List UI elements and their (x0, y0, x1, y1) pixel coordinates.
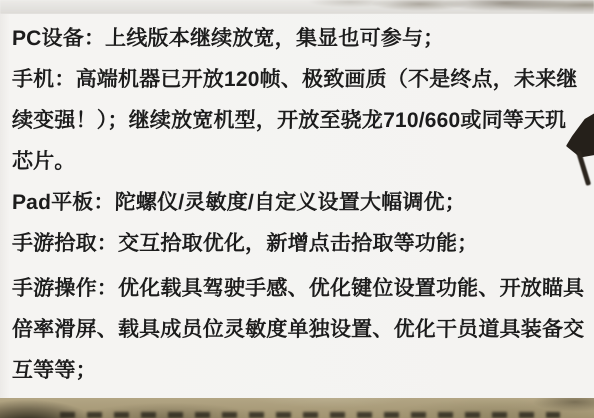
card-line-pc: PC设备：上线版本继续放宽，集显也可参与； (12, 16, 594, 57)
card-line-controls-2: 倍率滑屏、载具成员位灵敏度单独设置、优化干员道具装备交 (12, 307, 594, 348)
announcement-card: PC设备：上线版本继续放宽，集显也可参与； 手机：高端机器已开放120帧、极致画… (0, 14, 594, 398)
card-line-pad: Pad平板：陀螺仪/灵敏度/自定义设置大幅调优； (12, 180, 594, 221)
card-line-controls-3: 互等等； (12, 348, 594, 389)
card-line-phone-1: 手机：高端机器已开放120帧、极致画质（不是终点，未来继 (12, 57, 594, 98)
card-line-phone-2: 续变强！）；继续放宽机型，开放至骁龙710/660或同等天玑 (12, 98, 594, 139)
card-line-pickup: 手游拾取：交互拾取优化，新增点击拾取等功能； (12, 221, 594, 262)
video-frame: PC设备：上线版本继续放宽，集显也可参与； 手机：高端机器已开放120帧、极致画… (0, 0, 594, 418)
cutoff-subtitle-text (60, 412, 560, 418)
video-background-top (0, 0, 594, 14)
card-line-phone-3: 芯片。 (12, 139, 594, 180)
video-background-bottom (0, 398, 594, 418)
card-line-controls-1: 手游操作：优化载具驾驶手感、优化键位设置功能、开放瞄具 (12, 266, 594, 307)
